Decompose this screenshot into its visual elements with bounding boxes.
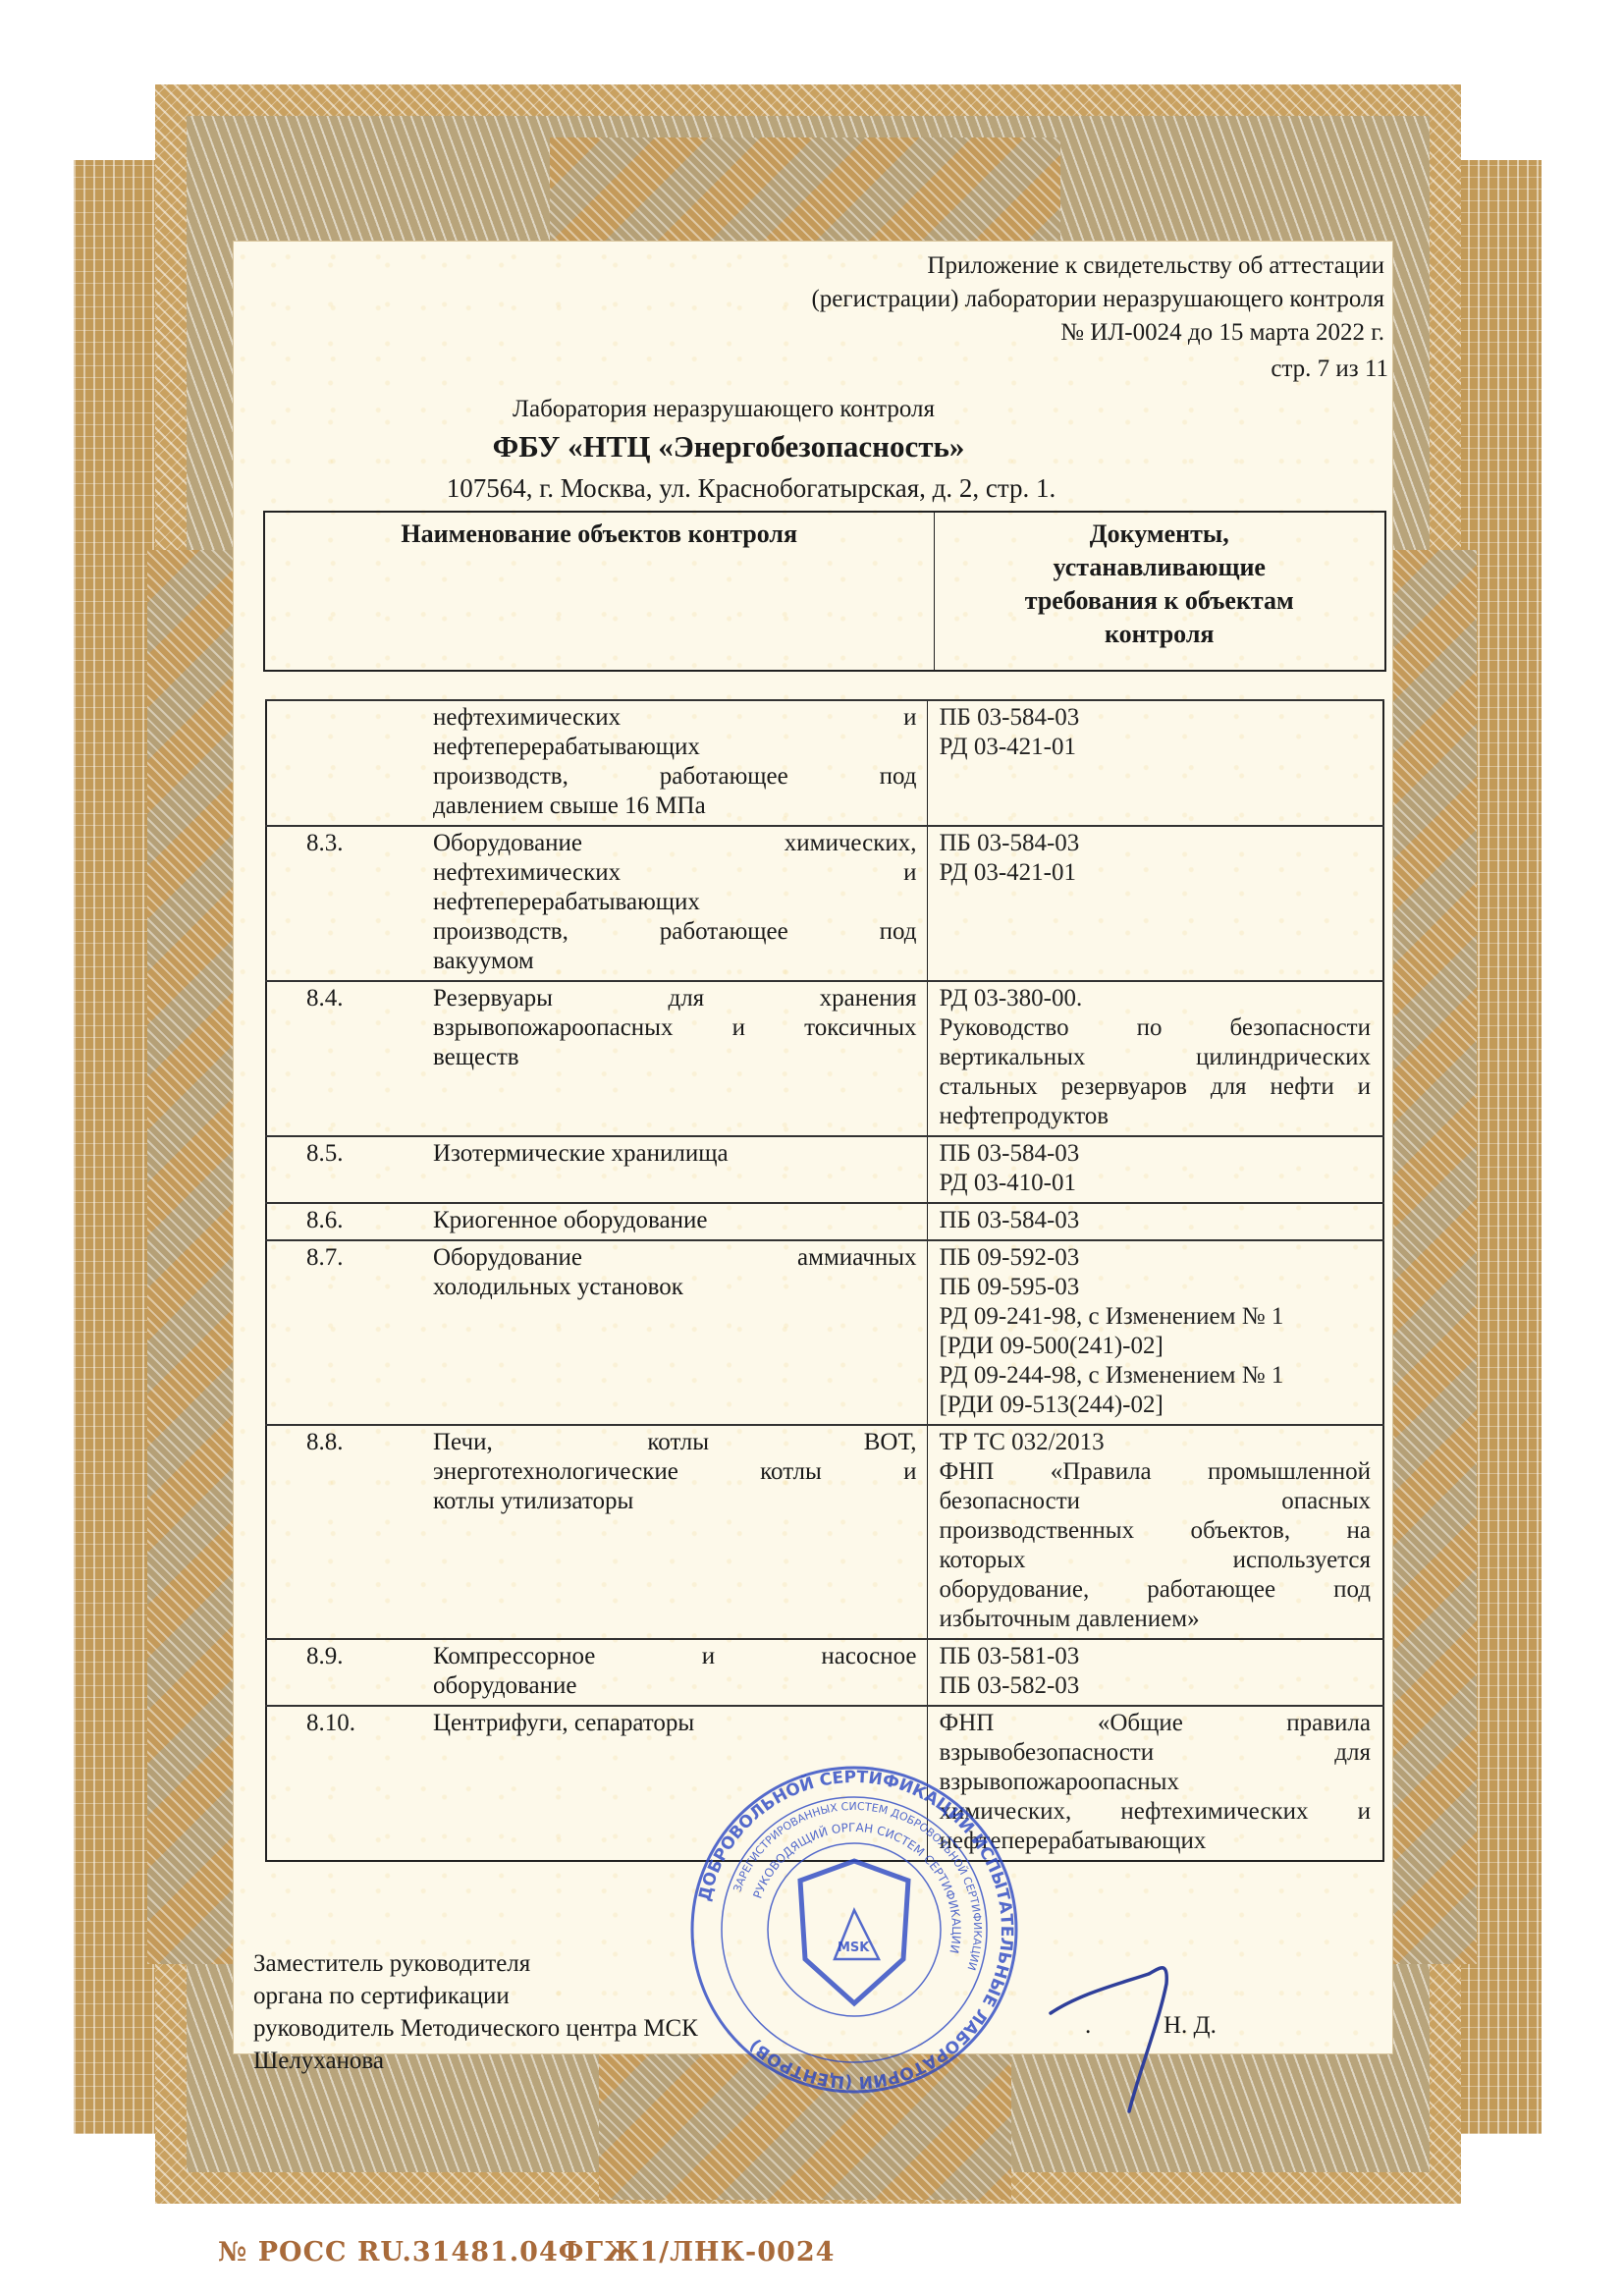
object-name-line: производств, работающее под <box>433 762 917 792</box>
document-line: производственных объектов, на <box>940 1516 1372 1546</box>
object-name: Компрессорное и насосноеоборудование <box>431 1639 927 1706</box>
object-name: Оборудование аммиачныххолодильных устано… <box>431 1240 927 1425</box>
object-name: Криогенное оборудование <box>431 1203 927 1240</box>
document-line: РД 03-421-01 <box>940 858 1372 888</box>
regulatory-documents: РД 03-380-00.Руководство по безопасности… <box>927 981 1383 1136</box>
object-name-line: веществ <box>433 1043 917 1072</box>
object-name: Резервуары для хранениявзрывопожароопасн… <box>431 981 927 1136</box>
document-line: ПБ 03-584-03 <box>940 1139 1372 1169</box>
table-row: 8.8.Печи, котлы ВОТ,энерготехнологически… <box>266 1425 1383 1639</box>
document-line: ПБ 09-595-03 <box>940 1273 1372 1302</box>
table-row: нефтехимических инефтеперерабатывающихпр… <box>266 700 1383 826</box>
document-line: РД 09-241-98, с Изменением № 1 <box>940 1302 1372 1332</box>
org-name: ФБУ «НТЦ «Энергобезопасность» <box>0 429 1541 465</box>
object-name-line: нефтехимических и <box>433 703 917 733</box>
appendix-line-2: (регистрации) лаборатории неразрушающего… <box>811 284 1384 315</box>
registration-number: № РОСС RU.31481.04ФГЖ1/ЛНК-0024 <box>218 2237 835 2268</box>
document-line: нефтепродуктов <box>940 1102 1372 1131</box>
table-row: 8.6.Криогенное оборудованиеПБ 03-584-03 <box>266 1203 1383 1240</box>
object-name-line: Центрифуги, сепараторы <box>433 1709 917 1738</box>
document-line: стальных резервуаров для нефти и <box>940 1072 1372 1102</box>
document-line: ПБ 03-584-03 <box>940 703 1372 733</box>
document-line: оборудование, работающее под <box>940 1575 1372 1605</box>
table-row: 8.7.Оборудование аммиачныххолодильных ус… <box>266 1240 1383 1425</box>
certification-stamp-icon: ДОБРОВОЛЬНОЙ СЕРТИФИКАЦИИ ИСПЫТАТЕЛЬНЫЕ … <box>687 1763 1021 2097</box>
regulatory-documents: ПБ 03-584-03РД 03-421-01 <box>927 826 1383 981</box>
row-number: 8.7. <box>266 1240 431 1425</box>
document-line: [РДИ 09-500(241)-02] <box>940 1332 1372 1361</box>
row-number: 8.5. <box>266 1136 431 1203</box>
column-header-objects-text: Наименование объектов контроля <box>401 519 797 548</box>
regulatory-documents: ПБ 03-581-03ПБ 03-582-03 <box>927 1639 1383 1706</box>
object-name-line: взрывопожароопасных и токсичных <box>433 1013 917 1043</box>
object-name-line: Оборудование аммиачных <box>433 1243 917 1273</box>
column-header-documents: Документы, устанавливающие требования к … <box>934 512 1385 671</box>
document-line: РД 09-244-98, с Изменением № 1 <box>940 1361 1372 1391</box>
column-header-documents-line: требования к объектам <box>943 584 1378 618</box>
object-name-line: нефтеперерабатывающих <box>433 888 917 917</box>
objects-table: нефтехимических инефтеперерабатывающихпр… <box>265 699 1384 1862</box>
object-name-line: оборудование <box>433 1671 917 1701</box>
document-line: РД 03-410-01 <box>940 1169 1372 1198</box>
row-number: 8.3. <box>266 826 431 981</box>
document-line: [РДИ 09-513(244)-02] <box>940 1391 1372 1420</box>
object-name-line: котлы утилизаторы <box>433 1487 917 1516</box>
row-number: 8.8. <box>266 1425 431 1639</box>
row-number: 8.10. <box>266 1706 431 1861</box>
document-line: которых используется <box>940 1546 1372 1575</box>
appendix-line-3: № ИЛ-0024 до 15 марта 2022 г. <box>1060 317 1384 349</box>
org-address: 107564, г. Москва, ул. Краснобогатырская… <box>0 473 1563 504</box>
column-header-documents-line: устанавливающие <box>943 551 1378 584</box>
regulatory-documents: ПБ 03-584-03РД 03-410-01 <box>927 1136 1383 1203</box>
regulatory-documents: ПБ 03-584-03 <box>927 1203 1383 1240</box>
object-name: Оборудование химических,нефтехимических … <box>431 826 927 981</box>
signatory-title-line: Заместитель руководителя <box>253 1947 698 1980</box>
object-name-line: Криогенное оборудование <box>433 1206 917 1235</box>
appendix-line-1: Приложение к свидетельству об аттестации <box>927 250 1384 282</box>
object-name: нефтехимических инефтеперерабатывающихпр… <box>431 700 927 826</box>
table-row: 8.4.Резервуары для хранениявзрывопожароо… <box>266 981 1383 1136</box>
document-line: ФНП «Общие правила <box>940 1709 1372 1738</box>
row-number: 8.6. <box>266 1203 431 1240</box>
object-name-line: энерготехнологические котлы и <box>433 1457 917 1487</box>
object-name-line: давлением свыше 16 МПа <box>433 792 917 821</box>
object-name-line: вакуумом <box>433 947 917 976</box>
svg-text:MSK: MSK <box>838 1941 870 1955</box>
object-name: Изотермические хранилища <box>431 1136 927 1203</box>
right-braid-ornament <box>1386 550 1477 1964</box>
object-name: Печи, котлы ВОТ,энерготехнологические ко… <box>431 1425 927 1639</box>
row-number: 8.4. <box>266 981 431 1136</box>
column-header-documents-line: контроля <box>943 618 1378 651</box>
signatory-block: Заместитель руководителя органа по серти… <box>253 1947 698 2077</box>
object-name-line: холодильных установок <box>433 1273 917 1302</box>
left-braid-ornament <box>147 550 238 1964</box>
regulatory-documents: ПБ 03-584-03РД 03-421-01 <box>927 700 1383 826</box>
table-row: 8.9.Компрессорное и насосноеоборудование… <box>266 1639 1383 1706</box>
objects-table-body: нефтехимических инефтеперерабатывающихпр… <box>266 700 1383 1861</box>
document-line: избыточным давлением» <box>940 1605 1372 1634</box>
document-line: ПБ 03-584-03 <box>940 1206 1372 1235</box>
signatory-title-line: органа по сертификации <box>253 1980 698 2012</box>
object-name-line: Компрессорное и насосное <box>433 1642 917 1671</box>
page-number: стр. 7 из 11 <box>1271 354 1388 385</box>
document-line: ПБ 03-584-03 <box>940 829 1372 858</box>
object-name-line: Изотермические хранилища <box>433 1139 917 1169</box>
column-header-objects: Наименование объектов контроля <box>264 512 934 671</box>
row-number: 8.9. <box>266 1639 431 1706</box>
column-header-documents-line: Документы, <box>943 518 1378 551</box>
document-line: вертикальных цилиндрических <box>940 1043 1372 1072</box>
document-line: РД 03-421-01 <box>940 733 1372 762</box>
handwritten-signature-icon <box>1041 1954 1188 2121</box>
signatory-surname: Шелуханова <box>253 2045 698 2077</box>
document-line: безопасности опасных <box>940 1487 1372 1516</box>
document-line: ПБ 09-592-03 <box>940 1243 1372 1273</box>
document-line: РД 03-380-00. <box>940 984 1372 1013</box>
document-line: ПБ 03-582-03 <box>940 1671 1372 1701</box>
regulatory-documents: ТР ТС 032/2013ФНП «Правила промышленнойб… <box>927 1425 1383 1639</box>
object-name-line: производств, работающее под <box>433 917 917 947</box>
svg-text:ДОБРОВОЛЬНОЙ СЕРТИФИКАЦИИ ИСПЫ: ДОБРОВОЛЬНОЙ СЕРТИФИКАЦИИ ИСПЫТАТЕЛЬНЫЕ … <box>695 1768 1016 2092</box>
signatory-title-line: руководитель Методического центра МСК <box>253 2012 698 2045</box>
table-row: 8.3.Оборудование химических,нефтехимичес… <box>266 826 1383 981</box>
lab-name: Лаборатория неразрушающего контроля <box>0 396 1536 423</box>
object-name-line: Печи, котлы ВОТ, <box>433 1428 917 1457</box>
object-name-line: нефтеперерабатывающих <box>433 733 917 762</box>
object-name-line: Резервуары для хранения <box>433 984 917 1013</box>
document-line: Руководство по безопасности <box>940 1013 1372 1043</box>
top-braid-ornament <box>550 137 1060 246</box>
regulatory-documents: ПБ 09-592-03ПБ 09-595-03РД 09-241-98, с … <box>927 1240 1383 1425</box>
document-line: ФНП «Правила промышленной <box>940 1457 1372 1487</box>
table-header: Наименование объектов контроля Документы… <box>263 511 1386 672</box>
document-line: ПБ 03-581-03 <box>940 1642 1372 1671</box>
object-name-line: Оборудование химических, <box>433 829 917 858</box>
object-name-line: нефтехимических и <box>433 858 917 888</box>
row-number <box>266 700 431 826</box>
document-line: ТР ТС 032/2013 <box>940 1428 1372 1457</box>
table-row: 8.5.Изотермические хранилищаПБ 03-584-03… <box>266 1136 1383 1203</box>
